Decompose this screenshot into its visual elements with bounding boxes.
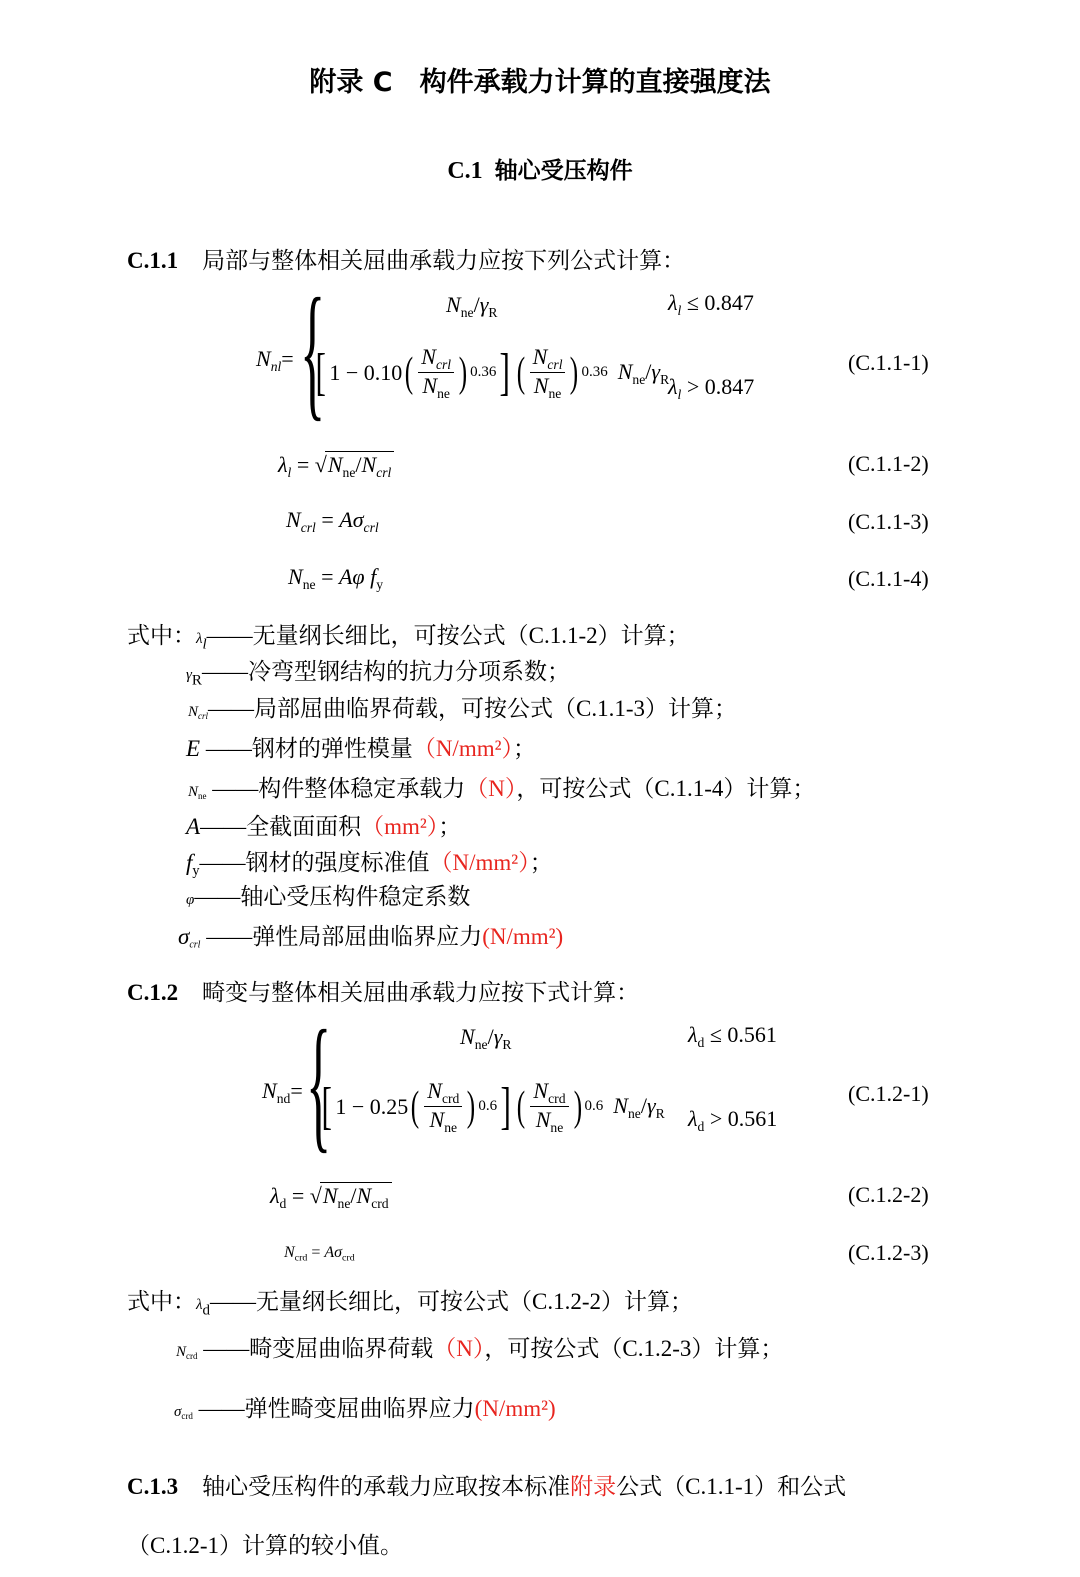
equation-label: (C.1.1-3) (848, 509, 929, 535)
case2-condition: λd > 0.561 (688, 1106, 777, 1135)
appendix-title: 附录 C 构件承载力计算的直接强度法 (0, 60, 1080, 99)
equation-c111-4: Nne = Aφ fy (288, 564, 383, 593)
equation-lhs: Nnl= (256, 346, 294, 375)
equation-label: (C.1.2-3) (848, 1240, 929, 1266)
equation-c111-3: Ncrl = Aσcrl (286, 507, 379, 536)
section-heading: C.1 轴心受压构件 (0, 152, 1080, 185)
case1-expr: Nne/γR (446, 292, 497, 321)
definition-item: E ——钢材的弹性模量（N/mm²）； (186, 730, 536, 763)
definition-item: φ——轴心受压构件稳定系数 (186, 878, 470, 911)
definition-item: γR——冷弯型钢结构的抗力分项系数； (186, 653, 570, 689)
definition-item: fy——钢材的强度标准值（N/mm²）； (186, 844, 553, 880)
equation-lhs: Nnd= (262, 1078, 303, 1107)
equation-label: (C.1.2-2) (848, 1182, 929, 1208)
definition-item: σcrl ——弹性局部屈曲临界应力(N/mm²) (178, 918, 563, 951)
definition-item: 式中：λl——无量纲长细比，可按公式（C.1.1-2）计算； (127, 617, 690, 653)
definition-item: Ncrl——局部屈曲临界荷载，可按公式（C.1.1-3）计算； (188, 690, 737, 723)
clause-text: 畸变与整体相关屈曲承载力应按下式计算： (202, 980, 639, 1005)
clause-number: C.1.1 (127, 248, 178, 273)
clause-number: C.1.3 (127, 1474, 178, 1499)
clause-text: 局部与整体相关屈曲承载力应按下列公式计算： (202, 248, 685, 273)
clause-c113: C.1.3轴心受压构件的承载力应取按本标准附录公式（C.1.1-1）和公式 (127, 1468, 846, 1501)
equation-label: (C.1.2-1) (848, 1081, 929, 1107)
definition-item: 式中：λd——无量纲长细比，可按公式（C.1.2-2）计算； (127, 1283, 693, 1319)
equation-c112-3: Ncrd = Aσcrd (284, 1244, 355, 1263)
case1-expr: Nne/γR (460, 1024, 511, 1053)
case2-expr: [1 − 0.10( NcrlNne )0.36]( NcrlNne )0.36… (312, 344, 669, 402)
section-number: C.1 (447, 158, 482, 184)
clause-number: C.1.2 (127, 980, 178, 1005)
case1-condition: λd ≤ 0.561 (688, 1022, 777, 1051)
clause-c112: C.1.2畸变与整体相关屈曲承载力应按下式计算： (127, 974, 639, 1007)
equation-c111-2: λl = √Nne/Ncrl (278, 451, 394, 481)
equation-label: (C.1.1-4) (848, 566, 929, 592)
definition-item: A——全截面面积（mm²）； (186, 808, 461, 841)
case1-condition: λl ≤ 0.847 (668, 290, 754, 319)
section-title: 轴心受压构件 (495, 158, 633, 184)
definition-item: σcrd ——弹性畸变屈曲临界应力(N/mm²) (174, 1390, 556, 1423)
equation-label: (C.1.1-2) (848, 451, 929, 477)
case2-expr: [1 − 0.25( NcrdNne )0.6]( NcrdNne )0.6 N… (318, 1078, 665, 1136)
equation-c112-2: λd = √Nne/Ncrd (270, 1182, 392, 1212)
case2-condition: λl > 0.847 (668, 374, 754, 403)
clause-c113-cont: （C.1.2-1）计算的较小值。 (127, 1527, 403, 1560)
definition-item: Nne ——构件整体稳定承载力（N），可按公式（C.1.1-4）计算； (188, 770, 815, 803)
clause-c111: C.1.1局部与整体相关屈曲承载力应按下列公式计算： (127, 242, 685, 275)
definition-item: Ncrd ——畸变屈曲临界荷载（N），可按公式（C.1.2-3）计算； (176, 1330, 783, 1363)
equation-label: (C.1.1-1) (848, 350, 929, 376)
